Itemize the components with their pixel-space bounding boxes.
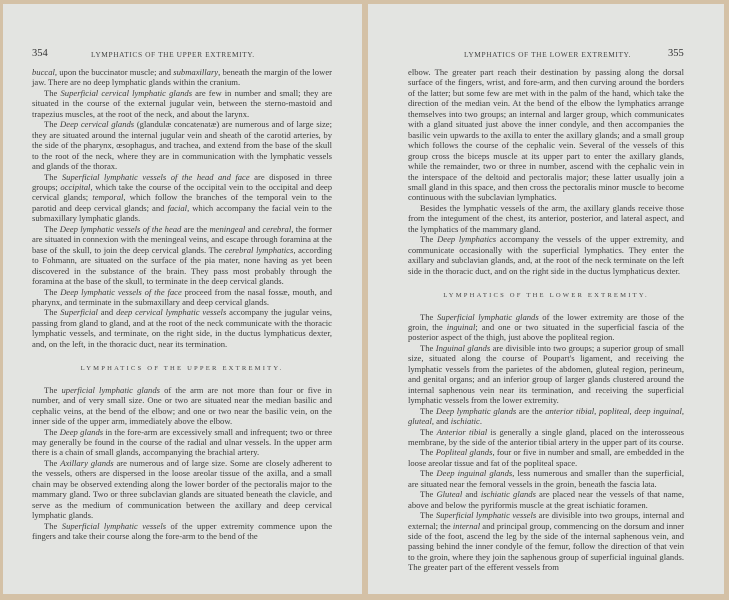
paragraph: The Deep lymphatic glands are the anteri…	[408, 406, 684, 427]
paragraph: The Superficial and deep cervical lympha…	[32, 307, 332, 349]
paragraph: The Deep lymphatic vessels of the face p…	[32, 287, 332, 308]
section-heading: LYMPHATICS OF THE UPPER EXTREMITY.	[32, 364, 332, 374]
section-heading: LYMPHATICS OF THE LOWER EXTREMITY.	[408, 291, 684, 301]
paragraph: The Inguinal glands are divisible into t…	[408, 343, 684, 406]
body-text: buccal, upon the buccinator muscle; and …	[32, 67, 332, 541]
paragraphs-after: The Superficial lymphatic glands of the …	[408, 312, 684, 573]
paragraphs-before: elbow. The greater part reach their dest…	[408, 67, 684, 276]
paragraph: The Gluteal and ischiatic glands are pla…	[408, 489, 684, 510]
paragraphs-after: The uperficial lymphatic glands of the a…	[32, 385, 332, 542]
running-head: LYMPHATICS OF THE LOWER EXTREMITY.	[464, 50, 631, 62]
paragraph: Besides the lymphatic vessels of the arm…	[408, 203, 684, 234]
paragraph: The Deep cervical glands (glandulæ conca…	[32, 119, 332, 171]
paragraph: The Deep glands in the fore-arm are exce…	[32, 427, 332, 458]
paragraph: The Superficial lymphatic glands of the …	[408, 312, 684, 343]
paragraph: The uperficial lymphatic glands of the a…	[32, 385, 332, 427]
paragraph: The Superficial lymphatic vessels of the…	[32, 521, 332, 542]
page-number: 354	[32, 48, 48, 59]
paragraph: The Popliteal glands, four or five in nu…	[408, 447, 684, 468]
right-page: LYMPHATICS OF THE LOWER EXTREMITY. 355 e…	[368, 4, 724, 594]
running-head: LYMPHATICS OF THE UPPER EXTREMITY.	[91, 50, 255, 62]
body-text: elbow. The greater part reach their dest…	[408, 67, 684, 573]
paragraph: The Axillary glands are numerous and of …	[32, 458, 332, 521]
paragraph: The Deep inguinal glands, less numerous …	[408, 468, 684, 489]
paragraph: The Deep lymphatic vessels of the head a…	[32, 224, 332, 287]
page-number: 355	[668, 48, 684, 59]
paragraph: elbow. The greater part reach their dest…	[408, 67, 684, 203]
paragraph: The Superficial cervical lymphatic gland…	[32, 88, 332, 119]
paragraph: buccal, upon the buccinator muscle; and …	[32, 67, 332, 88]
paragraph: The Deep lymphatics accompany the vessel…	[408, 234, 684, 276]
left-page: 354 LYMPHATICS OF THE UPPER EXTREMITY. b…	[3, 4, 362, 594]
paragraph: The Anterior tibial is generally a singl…	[408, 427, 684, 448]
paragraphs-before: buccal, upon the buccinator muscle; and …	[32, 67, 332, 349]
paragraph: The Superficial lymphatic vessels are di…	[408, 510, 684, 573]
paragraph: The Superficial lymphatic vessels of the…	[32, 172, 332, 224]
